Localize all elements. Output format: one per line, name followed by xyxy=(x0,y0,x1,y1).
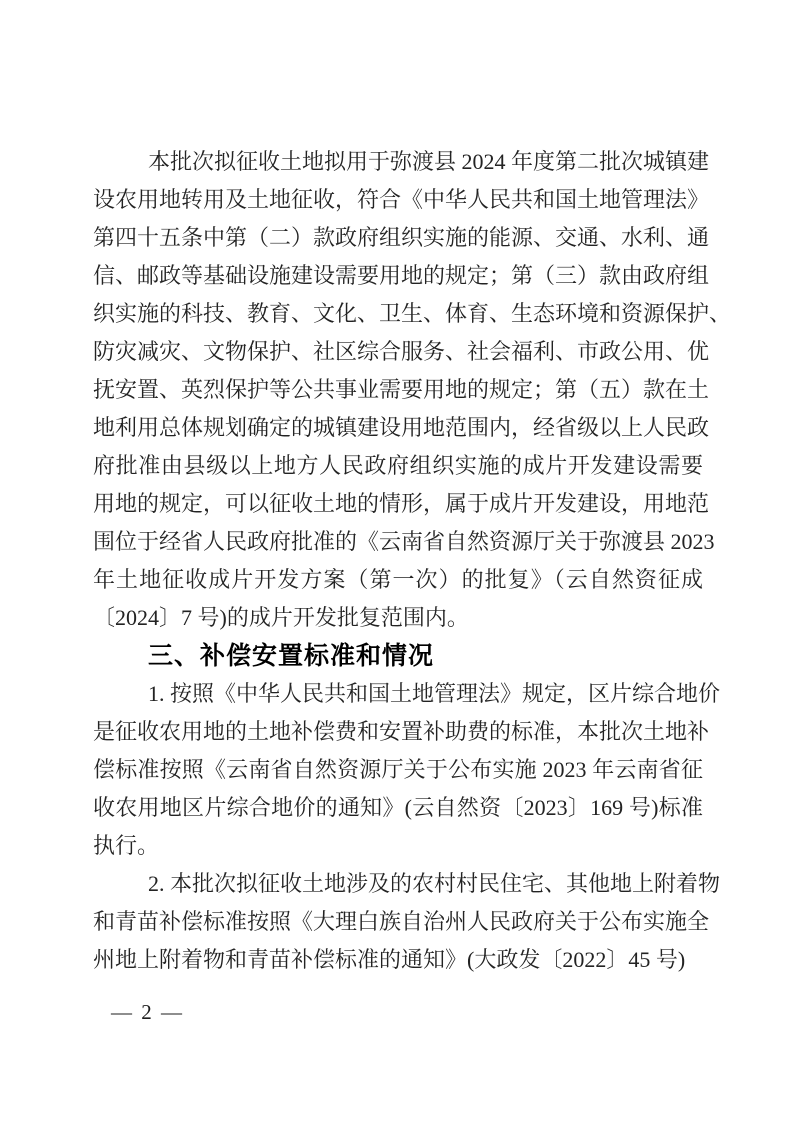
body-line: 1. 按照《中华人民共和国土地管理法》规定，区片综合地价 xyxy=(93,675,703,713)
body-line: 和青苗补偿标准按照《大理白族自治州人民政府关于公布实施全 xyxy=(93,903,703,941)
body-line: 设农用地转用及土地征收，符合《中华人民共和国土地管理法》 xyxy=(93,181,703,219)
body-line: 收农用地区片综合地价的通知》(云自然资〔2023〕169 号)标准 xyxy=(93,789,703,827)
body-line: 年土地征收成片开发方案（第一次）的批复》（云自然资征成 xyxy=(93,561,703,599)
section-heading: 三、补偿安置标准和情况 xyxy=(93,637,703,675)
body-line: 信、邮政等基础设施建设需要用地的规定；第（三）款由政府组 xyxy=(93,257,703,295)
body-line: 州地上附着物和青苗补偿标准的通知》(大政发〔2022〕45 号) xyxy=(93,941,703,979)
body-line: 2. 本批次拟征收土地涉及的农村村民住宅、其他地上附着物 xyxy=(93,865,703,903)
body-line: 地利用总体规划确定的城镇建设用地范围内，经省级以上人民政 xyxy=(93,409,703,447)
body-line: 用地的规定，可以征收土地的情形，属于成片开发建设，用地范 xyxy=(93,485,703,523)
page-number: — 2 — xyxy=(111,998,184,1026)
body-line: 府批准由县级以上地方人民政府组织实施的成片开发建设需要 xyxy=(93,447,703,485)
body-line: 防灾减灾、文物保护、社区综合服务、社会福利、市政公用、优 xyxy=(93,333,703,371)
body-line: 织实施的科技、教育、文化、卫生、体育、生态环境和资源保护、 xyxy=(93,295,703,333)
body-line: 〔2024〕7 号)的成片开发批复范围内。 xyxy=(93,599,703,637)
body-line: 第四十五条中第（二）款政府组织实施的能源、交通、水利、通 xyxy=(93,219,703,257)
body-line: 围位于经省人民政府批准的《云南省自然资源厅关于弥渡县 2023 xyxy=(93,523,703,561)
document-body: 本批次拟征收土地拟用于弥渡县 2024 年度第二批次城镇建 设农用地转用及土地征… xyxy=(93,143,703,979)
body-line: 本批次拟征收土地拟用于弥渡县 2024 年度第二批次城镇建 xyxy=(93,143,703,181)
body-line: 执行。 xyxy=(93,827,703,865)
document-page: 本批次拟征收土地拟用于弥渡县 2024 年度第二批次城镇建 设农用地转用及土地征… xyxy=(0,0,793,1122)
body-line: 抚安置、英烈保护等公共事业需要用地的规定；第（五）款在土 xyxy=(93,371,703,409)
body-line: 偿标准按照《云南省自然资源厅关于公布实施 2023 年云南省征 xyxy=(93,751,703,789)
body-line: 是征收农用地的土地补偿费和安置补助费的标准，本批次土地补 xyxy=(93,713,703,751)
